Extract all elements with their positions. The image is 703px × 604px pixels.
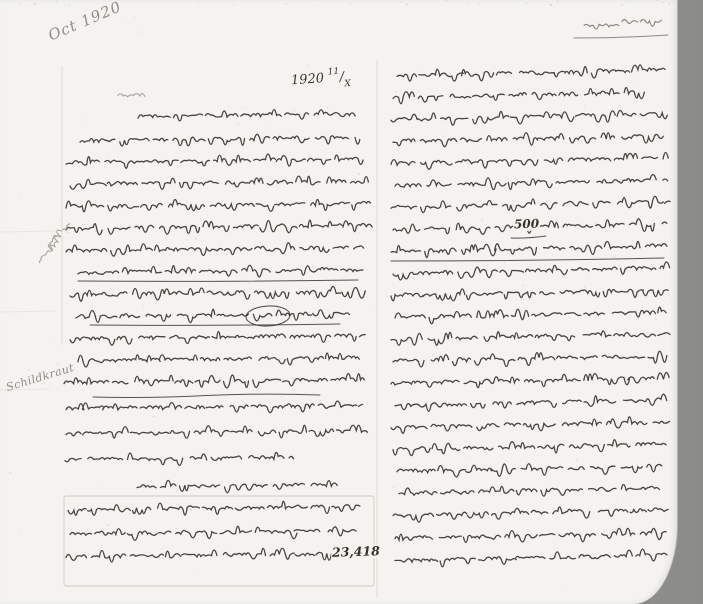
- dateline-day: 11: [327, 67, 339, 78]
- letter-scan: Oct 1920 1920 11/X 500 23,418 Schildkrau…: [0, 0, 703, 604]
- highlighted-figure-500: 500: [513, 217, 541, 232]
- handwriting-svg: [0, 0, 703, 604]
- dateline-month: X: [344, 79, 351, 89]
- population-figure: 23,418: [331, 543, 381, 560]
- dateline-year: 1920: [291, 71, 325, 88]
